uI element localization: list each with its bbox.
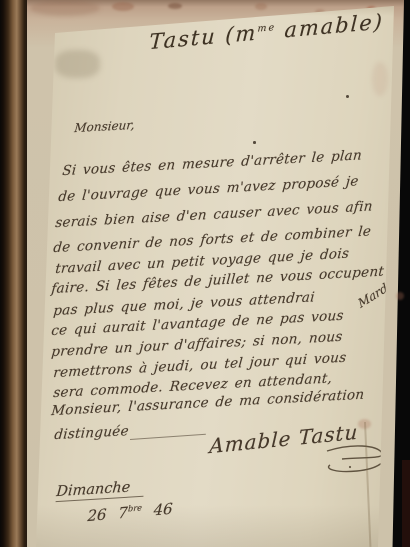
letter-page: Tastu (mme amable) Monsieur, Si vous ête… bbox=[0, 0, 410, 547]
foxing-stain bbox=[255, 3, 267, 10]
photo-frame: Tastu (mme amable) Monsieur, Si vous ête… bbox=[0, 0, 410, 547]
date-year: 46 bbox=[153, 500, 173, 520]
date-weekday: Dimanche bbox=[56, 479, 145, 500]
foxing-stain bbox=[112, 2, 134, 11]
foxing-stain bbox=[396, 292, 404, 300]
annotation-text: amable) bbox=[275, 9, 384, 43]
date-weekday-text: Dimanche bbox=[56, 479, 145, 502]
pen-stroke bbox=[130, 434, 206, 440]
annotation-text: Tastu (m bbox=[149, 21, 258, 55]
annotation-superscript: me bbox=[257, 22, 276, 35]
date-line: 26 7bre 46 bbox=[87, 500, 173, 526]
salutation: Monsieur, bbox=[74, 118, 135, 135]
paper-crease bbox=[364, 422, 371, 547]
body-line: de l'ouvrage que vous m'avez proposé je bbox=[58, 173, 360, 205]
foxing-stain bbox=[372, 62, 388, 96]
book-cover-edge bbox=[402, 460, 410, 547]
body-line: distinguée bbox=[54, 423, 130, 443]
date-day: 26 bbox=[87, 505, 107, 525]
date-month-suffix: bre bbox=[128, 502, 143, 513]
foxing-stain bbox=[30, 0, 100, 16]
ink-bleedthrough bbox=[55, 50, 100, 78]
body-line: Si vous êtes en mesure d'arrêter le plan bbox=[62, 147, 363, 179]
book-spine bbox=[0, 0, 27, 547]
foxing-stain bbox=[168, 3, 182, 9]
date-month: 7bre bbox=[118, 502, 143, 522]
ink-dot bbox=[253, 141, 256, 144]
ink-dot bbox=[346, 95, 349, 98]
